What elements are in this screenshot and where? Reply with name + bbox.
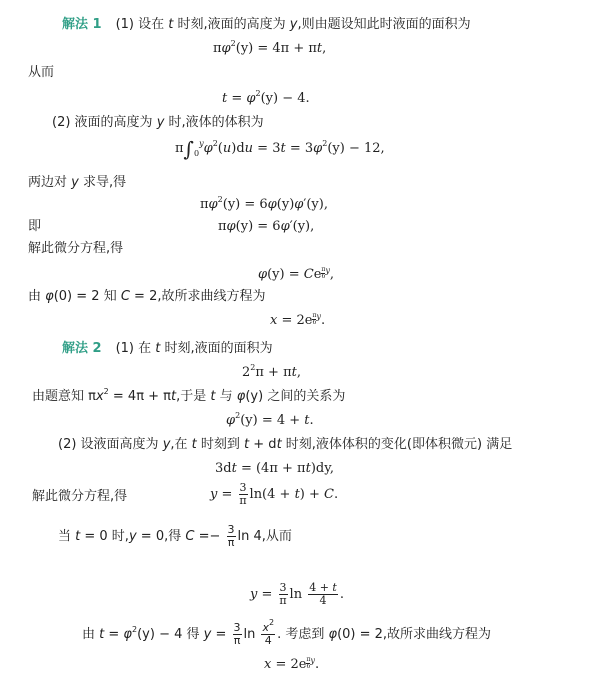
method1-solve-text: 解此微分方程,得 [28, 240, 123, 258]
method1-eq7: x = 2eπ6y. [270, 312, 325, 330]
method1-header: 解法 1 [62, 17, 102, 32]
method2-init-text: 当 t = 0 时,y = 0,得 C =− 3πln 4,从而 [58, 524, 292, 549]
method1-intro: 解法 1(1) 设在 t 时刻,液面的高度为 y,则由题设知此时液面的面积为 [62, 16, 471, 34]
method2-solve-text: 解此微分方程,得 [32, 488, 127, 506]
method2-eq3: 3dt = (4π + πt)dy, [215, 460, 334, 478]
method1-p2-intro: (2) 液面的高度为 y 时,液体的体积为 [52, 114, 264, 132]
method2-eq5: y = 3πln 4 + t4. [250, 582, 344, 607]
method2-relation-text: 由题意知 πx2 = 4π + πt,于是 t 与 φ(y) 之间的关系为 [32, 388, 345, 406]
method2-eq4: y = 3πln(4 + t) + C. [210, 482, 338, 507]
method1-eq4: πφ2(y) = 6φ(y)φ′(y), [200, 196, 328, 214]
method1-ji: 即 [28, 218, 41, 236]
method1-cond-text: 由 φ(0) = 2 知 C = 2,故所求曲线方程为 [28, 288, 265, 306]
method2-intro: 解法 2(1) 在 t 时刻,液面的面积为 [62, 340, 273, 358]
method1-diff-text: 两边对 y 求导,得 [28, 174, 126, 192]
method1-eq1: πφ2(y) = 4π + πt, [213, 40, 326, 58]
method2-final-text: 由 t = φ2(y) − 4 得 y = 3πln x24. 考虑到 φ(0)… [82, 622, 491, 647]
method1-eq2: t = φ2(y) − 4. [222, 90, 310, 108]
method1-cong-er: 从而 [28, 64, 54, 82]
method2-eq1: 22π + πt, [242, 364, 301, 382]
method2-eq6: x = 2eπ6y. [264, 656, 319, 674]
method2-header: 解法 2 [62, 341, 102, 356]
method1-eq3: π∫0yφ2(u)du = 3t = 3φ2(y) − 12, [175, 140, 385, 158]
method1-eq5: πφ(y) = 6φ′(y), [218, 218, 314, 236]
method2-eq2: φ2(y) = 4 + t. [226, 412, 314, 430]
method2-p2-intro: (2) 设液面高度为 y,在 t 时刻到 t + dt 时刻,液体体积的变化(即… [58, 436, 512, 454]
method1-eq6: φ(y) = Ceπ6y, [258, 266, 334, 284]
